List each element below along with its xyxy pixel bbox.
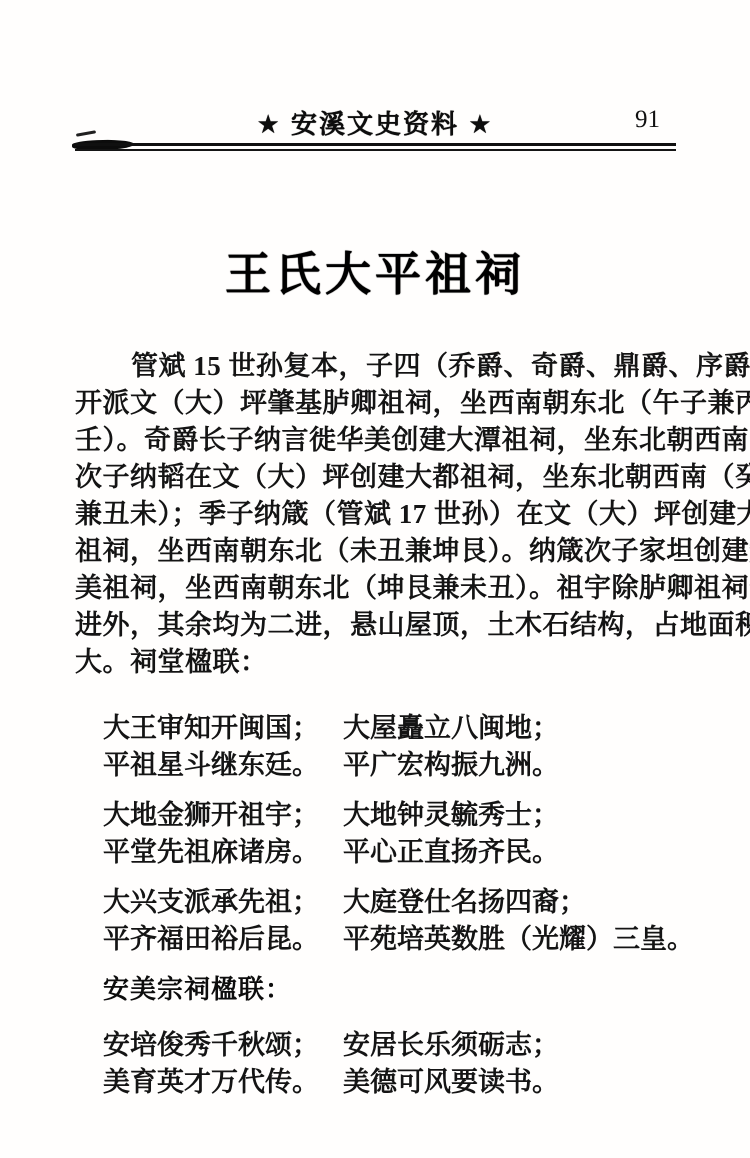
couplet-row: 安培俊秀千秋颂； 安居长乐须砺志； bbox=[103, 1027, 750, 1064]
paragraph-line: 美祖祠，坐西南朝东北（坤艮兼未丑）。祖宇除胪卿祖祠一 bbox=[75, 570, 677, 607]
main-paragraph: 管斌 15 世孙复本，子四（乔爵、奇爵、鼎爵、序爵）， 开派文（大）坪肇基胪卿祖… bbox=[75, 348, 677, 681]
scanned-book-page: ★ 安溪文史资料 ★ 91 王氏大平祖祠 管斌 15 世孙复本，子四（乔爵、奇爵… bbox=[0, 0, 750, 1158]
couplet-line: 美德可风要读书。 bbox=[343, 1064, 559, 1101]
couplet-row: 平齐福田裕后昆。 平苑培英数胜（光耀）三皇。 bbox=[103, 921, 750, 958]
couplet-line: 大地金狮开祖宇； bbox=[103, 797, 343, 834]
paragraph-line: 祖祠，坐西南朝东北（未丑兼坤艮）。纳箴次子家坦创建安 bbox=[75, 533, 677, 570]
couplet-row: 平堂先祖庥诸房。 平心正直扬齐民。 bbox=[103, 834, 750, 871]
couplet-line: 大王审知开闽国； bbox=[103, 710, 343, 747]
page-content: 王氏大平祖祠 管斌 15 世孙复本，子四（乔爵、奇爵、鼎爵、序爵）， 开派文（大… bbox=[0, 0, 750, 1101]
paragraph-line: 大。祠堂楹联： bbox=[75, 644, 677, 681]
paragraph-line: 开派文（大）坪肇基胪卿祖祠，坐西南朝东北（午子兼丙 bbox=[75, 385, 677, 422]
couplet-line: 大庭登仕名扬四裔； bbox=[343, 884, 586, 921]
couplet-group: 大兴支派承先祖； 大庭登仕名扬四裔； 平齐福田裕后昆。 平苑培英数胜（光耀）三皇… bbox=[103, 884, 750, 958]
couplet-line: 大屋矗立八闽地； bbox=[343, 710, 559, 747]
couplet-group: 大地金狮开祖宇； 大地钟灵毓秀士； 平堂先祖庥诸房。 平心正直扬齐民。 bbox=[103, 797, 750, 871]
anmei-couplets: 安培俊秀千秋颂； 安居长乐须砺志； 美育英才万代传。 美德可风要读书。 bbox=[103, 1027, 750, 1101]
couplet-group: 安培俊秀千秋颂； 安居长乐须砺志； 美育英才万代传。 美德可风要读书。 bbox=[103, 1027, 750, 1101]
article-title: 王氏大平祖祠 bbox=[0, 238, 750, 304]
couplet-line: 大兴支派承先祖； bbox=[103, 884, 343, 921]
couplet-row: 大地金狮开祖宇； 大地钟灵毓秀士； bbox=[103, 797, 750, 834]
paragraph-line: 兼丑未）；季子纳箴（管斌 17 世孙）在文（大）坪创建大平 bbox=[75, 496, 677, 533]
hall-couplets: 大王审知开闽国； 大屋矗立八闽地； 平祖星斗继东廷。 平广宏构振九洲。 大地金狮… bbox=[103, 710, 750, 958]
couplet-row: 美育英才万代传。 美德可风要读书。 bbox=[103, 1064, 750, 1101]
paragraph-line: 进外，其余均为二进，悬山屋顶，土木石结构，占地面积较 bbox=[75, 607, 677, 644]
paragraph-line: 壬）。奇爵长子纳言徙华美创建大潭祖祠，坐东北朝西南； bbox=[75, 422, 677, 459]
couplet-line: 安培俊秀千秋颂； bbox=[103, 1027, 343, 1064]
couplet-row: 大兴支派承先祖； 大庭登仕名扬四裔； bbox=[103, 884, 750, 921]
couplet-group: 大王审知开闽国； 大屋矗立八闽地； 平祖星斗继东廷。 平广宏构振九洲。 bbox=[103, 710, 750, 784]
couplet-line: 安居长乐须砺志； bbox=[343, 1027, 559, 1064]
couplet-line: 平苑培英数胜（光耀）三皇。 bbox=[343, 921, 694, 958]
couplet-line: 美育英才万代传。 bbox=[103, 1064, 343, 1101]
couplet-line: 平广宏构振九洲。 bbox=[343, 747, 559, 784]
anmei-subheading: 安美宗祠楹联： bbox=[103, 969, 750, 1006]
couplet-row: 平祖星斗继东廷。 平广宏构振九洲。 bbox=[103, 747, 750, 784]
couplet-row: 大王审知开闽国； 大屋矗立八闽地； bbox=[103, 710, 750, 747]
paragraph-line: 次子纳韬在文（大）坪创建大都祖祠，坐东北朝西南（癸丁 bbox=[75, 459, 677, 496]
couplet-line: 平心正直扬齐民。 bbox=[343, 834, 559, 871]
couplet-line: 大地钟灵毓秀士； bbox=[343, 797, 559, 834]
couplet-line: 平堂先祖庥诸房。 bbox=[103, 834, 343, 871]
couplet-line: 平祖星斗继东廷。 bbox=[103, 747, 343, 784]
couplet-line: 平齐福田裕后昆。 bbox=[103, 921, 343, 958]
paragraph-line: 管斌 15 世孙复本，子四（乔爵、奇爵、鼎爵、序爵）， bbox=[75, 348, 677, 385]
